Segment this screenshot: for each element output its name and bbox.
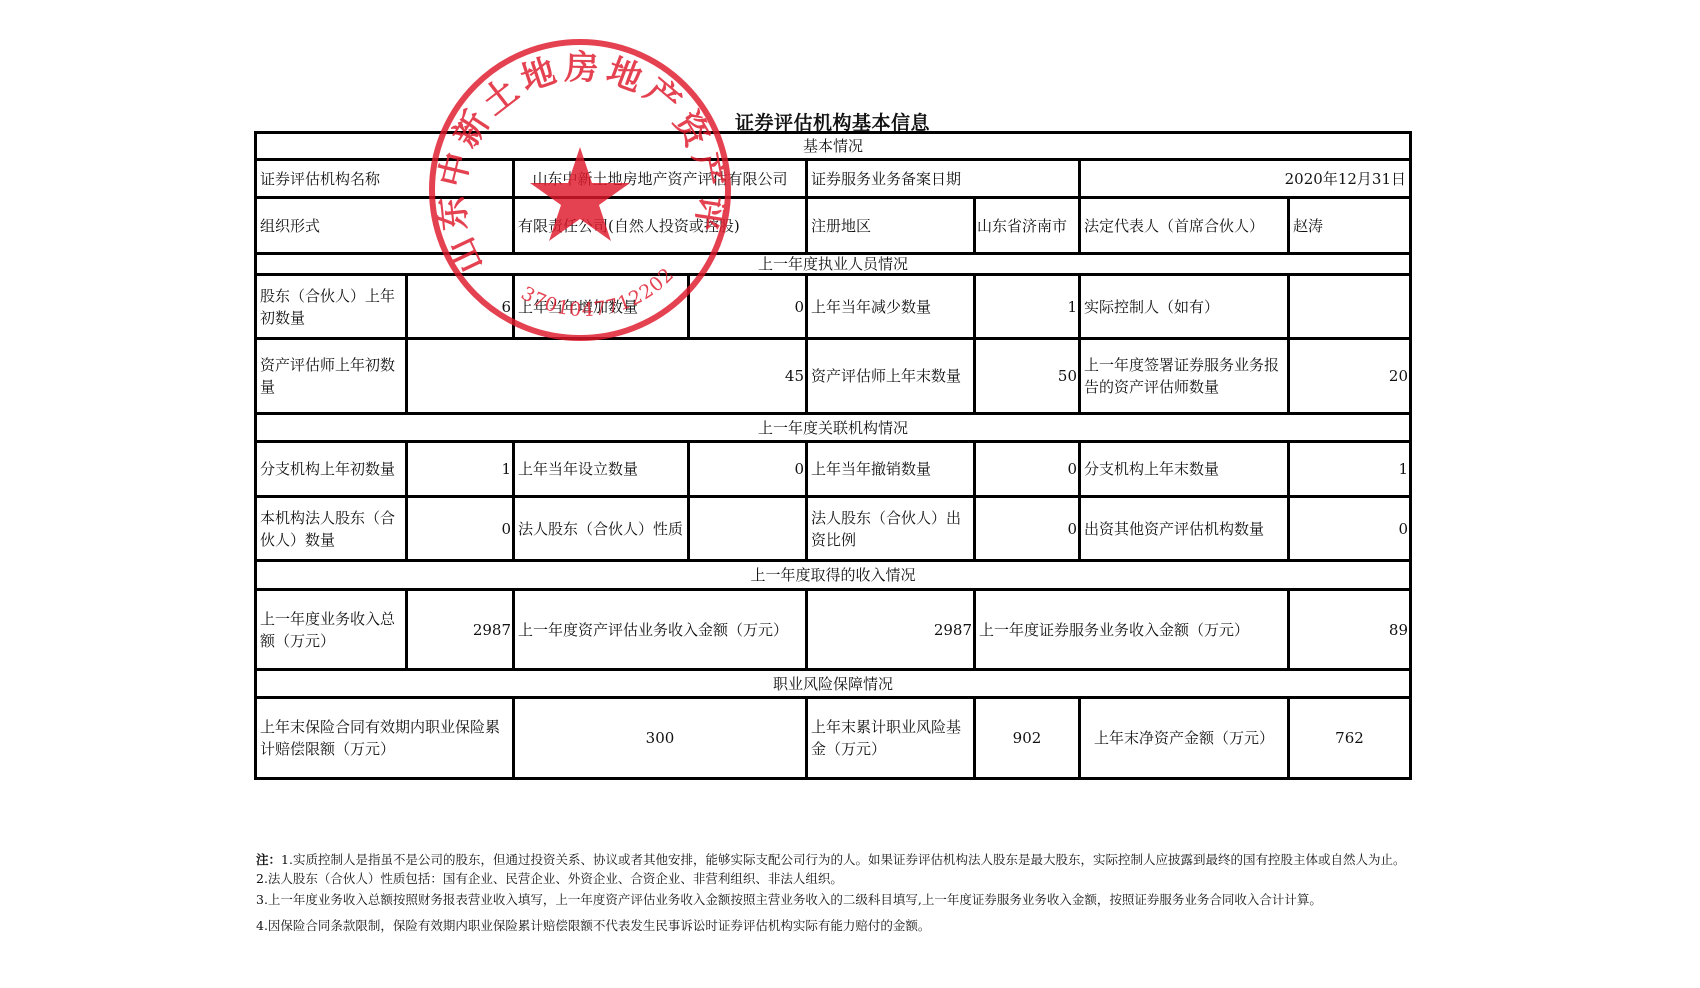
org-form-label: 组织形式: [257, 199, 512, 252]
decrease-value: 1: [976, 276, 1078, 337]
section-risk: 职业风险保障情况: [257, 671, 1409, 696]
established-label: 上年当年设立数量: [515, 443, 687, 495]
invest-other-value: 0: [1290, 498, 1409, 559]
branches-start-label: 分支机构上年初数量: [257, 443, 405, 495]
income-total-label: 上一年度业务收入总额（万元）: [257, 591, 405, 668]
appraisers-start-value: 45: [408, 340, 805, 412]
section-income: 上一年度取得的收入情况: [257, 562, 1409, 588]
corp-shareholders-value: 0: [408, 498, 512, 559]
section-basic: 基本情况: [257, 134, 1409, 158]
branches-start-value: 1: [408, 443, 512, 495]
section-personnel: 上一年度执业人员情况: [257, 255, 1409, 273]
footnotes: 注：1.实质控制人是指虽不是公司的股东，但通过投资关系、协议或者其他安排，能够实…: [256, 850, 1405, 938]
insurance-value: 300: [515, 699, 805, 777]
increase-value: 0: [690, 276, 805, 337]
appraisers-end-label: 资产评估师上年末数量: [808, 340, 973, 412]
increase-label: 上年当年增加数量: [515, 276, 687, 337]
filing-date-value: 2020年12月31日: [1081, 161, 1409, 196]
section-affiliates: 上一年度关联机构情况: [257, 415, 1409, 440]
net-assets-value: 762: [1290, 699, 1409, 777]
corp-ratio-value: 0: [976, 498, 1078, 559]
notes-prefix: 注：: [256, 852, 281, 867]
risk-fund-label: 上年末累计职业风险基金（万元）: [808, 699, 973, 777]
risk-fund-value: 902: [976, 699, 1078, 777]
revoked-label: 上年当年撤销数量: [808, 443, 973, 495]
net-assets-label: 上年末净资产金额（万元）: [1081, 699, 1287, 777]
appraisers-end-value: 50: [976, 340, 1078, 412]
corp-ratio-label: 法人股东（合伙人）出资比例: [808, 498, 973, 559]
controller-value: [1290, 276, 1409, 337]
income-appraisal-value: 2987: [808, 591, 973, 668]
invest-other-label: 出资其他资产评估机构数量: [1081, 498, 1287, 559]
region-label: 注册地区: [808, 199, 973, 252]
branches-end-label: 分支机构上年末数量: [1081, 443, 1287, 495]
note-4: 4.因保险合同条款限制，保险有效期内职业保险累计赔偿限额不代表发生民事诉讼时证券…: [256, 914, 1405, 938]
signing-appraisers-label: 上一年度签署证券服务业务报告的资产评估师数量: [1081, 340, 1287, 412]
corp-shareholders-label: 本机构法人股东（合伙人）数量: [257, 498, 405, 559]
legal-rep-value: 赵涛: [1290, 199, 1409, 252]
income-appraisal-label: 上一年度资产评估业务收入金额（万元）: [515, 591, 805, 668]
insurance-label: 上年末保险合同有效期内职业保险累计赔偿限额（万元）: [257, 699, 512, 777]
shareholders-start-value: 6: [408, 276, 512, 337]
legal-rep-label: 法定代表人（首席合伙人）: [1081, 199, 1287, 252]
income-securities-value: 89: [1290, 591, 1409, 668]
note-3: 3.上一年度业务收入总额按照财务报表营业收入填写，上一年度资产评估业务收入金额按…: [256, 888, 1405, 912]
revoked-value: 0: [976, 443, 1078, 495]
controller-label: 实际控制人（如有）: [1081, 276, 1287, 337]
note-1: 1.实质控制人是指虽不是公司的股东，但通过投资关系、协议或者其他安排，能够实际支…: [281, 852, 1405, 867]
signing-appraisers-value: 20: [1290, 340, 1409, 412]
corp-nature-value: [690, 498, 805, 559]
appraisers-start-label: 资产评估师上年初数量: [257, 340, 405, 412]
org-name-value: 山东中新土地房地产资产评估有限公司: [515, 161, 805, 196]
branches-end-value: 1: [1290, 443, 1409, 495]
region-value: 山东省济南市: [976, 199, 1078, 252]
org-name-label: 证券评估机构名称: [257, 161, 512, 196]
shareholders-start-label: 股东（合伙人）上年初数量: [257, 276, 405, 337]
income-securities-label: 上一年度证券服务业务收入金额（万元）: [976, 591, 1287, 668]
org-form-value: 有限责任公司(自然人投资或控股): [515, 199, 805, 252]
established-value: 0: [690, 443, 805, 495]
corp-nature-label: 法人股东（合伙人）性质: [515, 498, 687, 559]
filing-date-label: 证券服务业务备案日期: [808, 161, 1078, 196]
income-total-value: 2987: [408, 591, 512, 668]
decrease-label: 上年当年减少数量: [808, 276, 973, 337]
